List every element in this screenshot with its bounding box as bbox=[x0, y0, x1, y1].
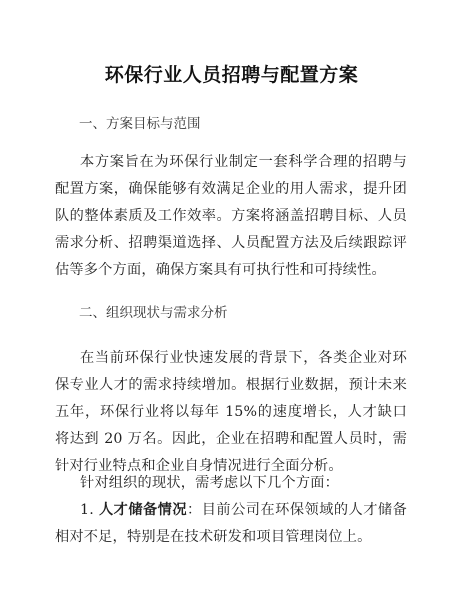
list-item-label: 人才储备情况 bbox=[99, 502, 187, 518]
section-2-paragraph-2: 针对组织的现状，需考虑以下几个方面： bbox=[55, 470, 407, 497]
section-2-paragraph-1: 在当前环保行业快速发展的背景下，各类企业对环保专业人才的需求持续增加。根据行业数… bbox=[55, 345, 407, 480]
section-heading-1: 一、方案目标与范围 bbox=[79, 112, 201, 132]
list-item-separator: ： bbox=[187, 502, 202, 518]
list-item-1: 1. 人才储备情况：目前公司在环保领域的人才储备相对不足，特别是在技术研发和项目… bbox=[55, 497, 407, 551]
document-page: 环保行业人员招聘与配置方案 一、方案目标与范围 本方案旨在为环保行业制定一套科学… bbox=[0, 0, 463, 600]
section-heading-2: 二、组织现状与需求分析 bbox=[79, 301, 228, 321]
document-title: 环保行业人员招聘与配置方案 bbox=[0, 60, 463, 87]
list-item-number: 1. bbox=[80, 502, 94, 518]
section-1-paragraph-1: 本方案旨在为环保行业制定一套科学合理的招聘与配置方案，确保能够有效满足企业的用人… bbox=[55, 149, 407, 284]
